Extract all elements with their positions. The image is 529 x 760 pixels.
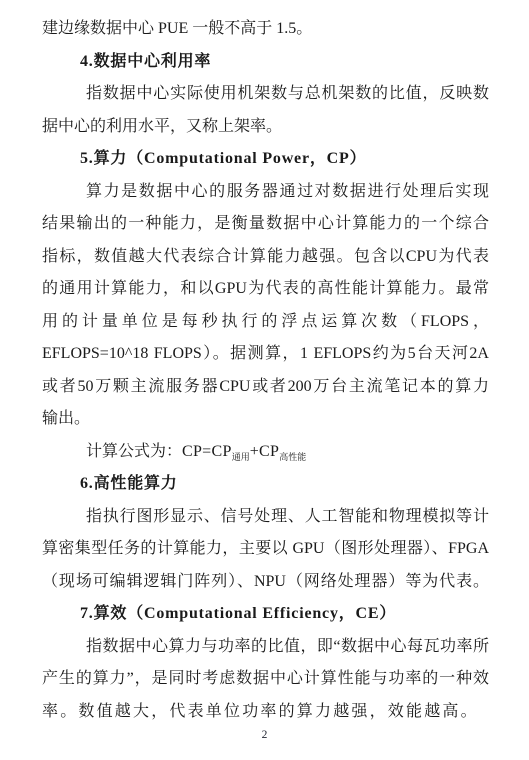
formula-subscript-high-performance: 高性能 <box>279 452 306 462</box>
body-line: EFLOPS=10^18 FLOPS）。据测算，1 EFLOPS约为5台天河2A <box>42 338 489 371</box>
section-heading-5: 5.算力（Computational Power，CP） <box>42 143 489 176</box>
section-heading-4: 4.数据中心利用率 <box>42 46 489 79</box>
body-line: 据中心的利用水平，又称上架率。 <box>42 111 489 144</box>
formula-line: 计算公式为：CP=CP通用+CP高性能 <box>42 436 489 469</box>
body-line: 结果输出的一种能力，是衡量数据中心计算能力的一个综合 <box>42 208 489 241</box>
formula-plus: +CP <box>250 443 280 460</box>
section-heading-6: 6.高性能算力 <box>42 468 489 501</box>
body-line: 指数据中心实际使用机架数与总机架数的比值，反映数 <box>42 78 489 111</box>
body-line: 用的计量单位是每秒执行的浮点运算次数（FLOPS， <box>42 306 489 339</box>
section-heading-7: 7.算效（Computational Efficiency，CE） <box>42 598 489 631</box>
body-line: 算力是数据中心的服务器通过对数据进行处理后实现 <box>42 176 489 209</box>
page-content: 建边缘数据中心 PUE 一般不高于 1.5。 4.数据中心利用率 指数据中心实际… <box>42 13 489 728</box>
body-line: 产生的算力”，是同时考虑数据中心计算性能与功率的一种效 <box>42 663 489 696</box>
body-line: 率。数值越大，代表单位功率的算力越强，效能越高。 <box>42 696 489 729</box>
body-line: 指标，数值越大代表综合计算能力越强。包含以CPU为代表 <box>42 241 489 274</box>
body-line: 建边缘数据中心 PUE 一般不高于 1.5。 <box>42 13 489 46</box>
body-line: 输出。 <box>42 403 489 436</box>
formula-label: 计算公式为： <box>86 443 182 460</box>
body-line: 算密集型任务的计算能力，主要以 GPU（图形处理器）、FPGA <box>42 533 489 566</box>
body-line: 的通用计算能力，和以GPU为代表的高性能计算能力。最常 <box>42 273 489 306</box>
formula-base: CP=CP <box>182 443 232 460</box>
formula-subscript-general: 通用 <box>232 452 250 462</box>
body-line: （现场可编辑逻辑门阵列）、NPU（网络处理器）等为代表。 <box>42 566 489 599</box>
document-page: 建边缘数据中心 PUE 一般不高于 1.5。 4.数据中心利用率 指数据中心实际… <box>0 0 529 760</box>
body-line: 指执行图形显示、信号处理、人工智能和物理模拟等计 <box>42 501 489 534</box>
body-line: 或者50万颗主流服务器CPU或者200万台主流笔记本的算力 <box>42 371 489 404</box>
page-number: 2 <box>0 729 529 741</box>
body-line: 指数据中心算力与功率的比值，即“数据中心每瓦功率所 <box>42 631 489 664</box>
